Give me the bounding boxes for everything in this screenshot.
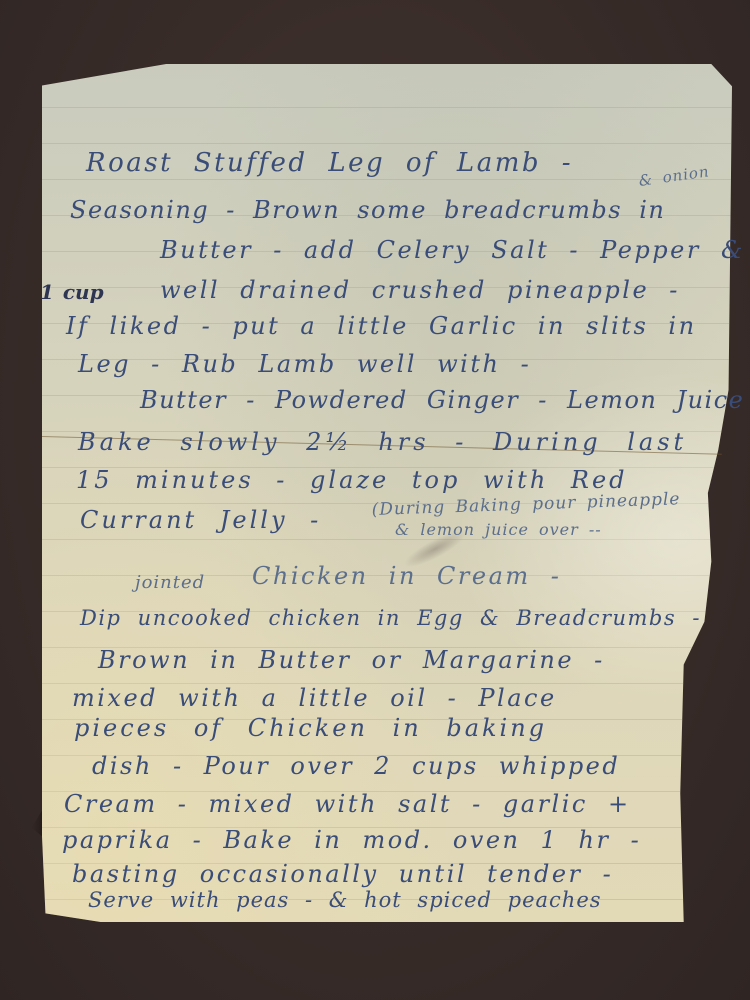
lamb-line-2: Butter - add Celery Salt - Pepper & (160, 236, 745, 264)
margin-note-1-cup: 1 cup (40, 280, 104, 304)
chicken-line-7: paprika - Bake in mod. oven 1 hr - (62, 826, 641, 854)
lamb-line-9: Currant Jelly - (80, 506, 321, 534)
recipe-title-chicken: Chicken in Cream - (252, 562, 561, 590)
chicken-line-3: mixed with a little oil - Place (72, 684, 557, 712)
lamb-line-5: Leg - Rub Lamb well with - (78, 350, 531, 378)
handwritten-text: Roast Stuffed Leg of Lamb - & onion Seas… (0, 0, 750, 1000)
insertion-onion: & onion (637, 162, 710, 190)
lamb-line-7: Bake slowly 2½ hrs - During last (78, 428, 687, 456)
lamb-line-1: Seasoning - Brown some breadcrumbs in (70, 196, 665, 224)
chicken-line-5: dish - Pour over 2 cups whipped (92, 752, 620, 780)
chicken-line-4: pieces of Chicken in baking (74, 714, 547, 742)
chicken-line-1: Dip uncooked chicken in Egg & Breadcrumb… (80, 606, 701, 630)
recipe-title-lamb: Roast Stuffed Leg of Lamb - (86, 148, 573, 178)
chicken-line-9: Serve with peas - & hot spiced peaches (88, 888, 602, 912)
lamb-line-6: Butter - Powdered Ginger - Lemon Juice (140, 386, 744, 414)
lamb-line-3: well drained crushed pineapple - (160, 276, 680, 304)
recipe-title-prefix-jointed: jointed (135, 572, 205, 593)
lamb-line-4: If liked - put a little Garlic in slits … (66, 312, 697, 340)
chicken-line-6: Cream - mixed with salt - garlic + (64, 790, 631, 818)
chicken-line-8: basting occasionally until tender - (72, 860, 613, 888)
lamb-note-2: & lemon juice over -- (395, 520, 602, 539)
chicken-line-2: Brown in Butter or Margarine - (98, 646, 605, 674)
lamb-line-8: 15 minutes - glaze top with Red (76, 466, 628, 494)
